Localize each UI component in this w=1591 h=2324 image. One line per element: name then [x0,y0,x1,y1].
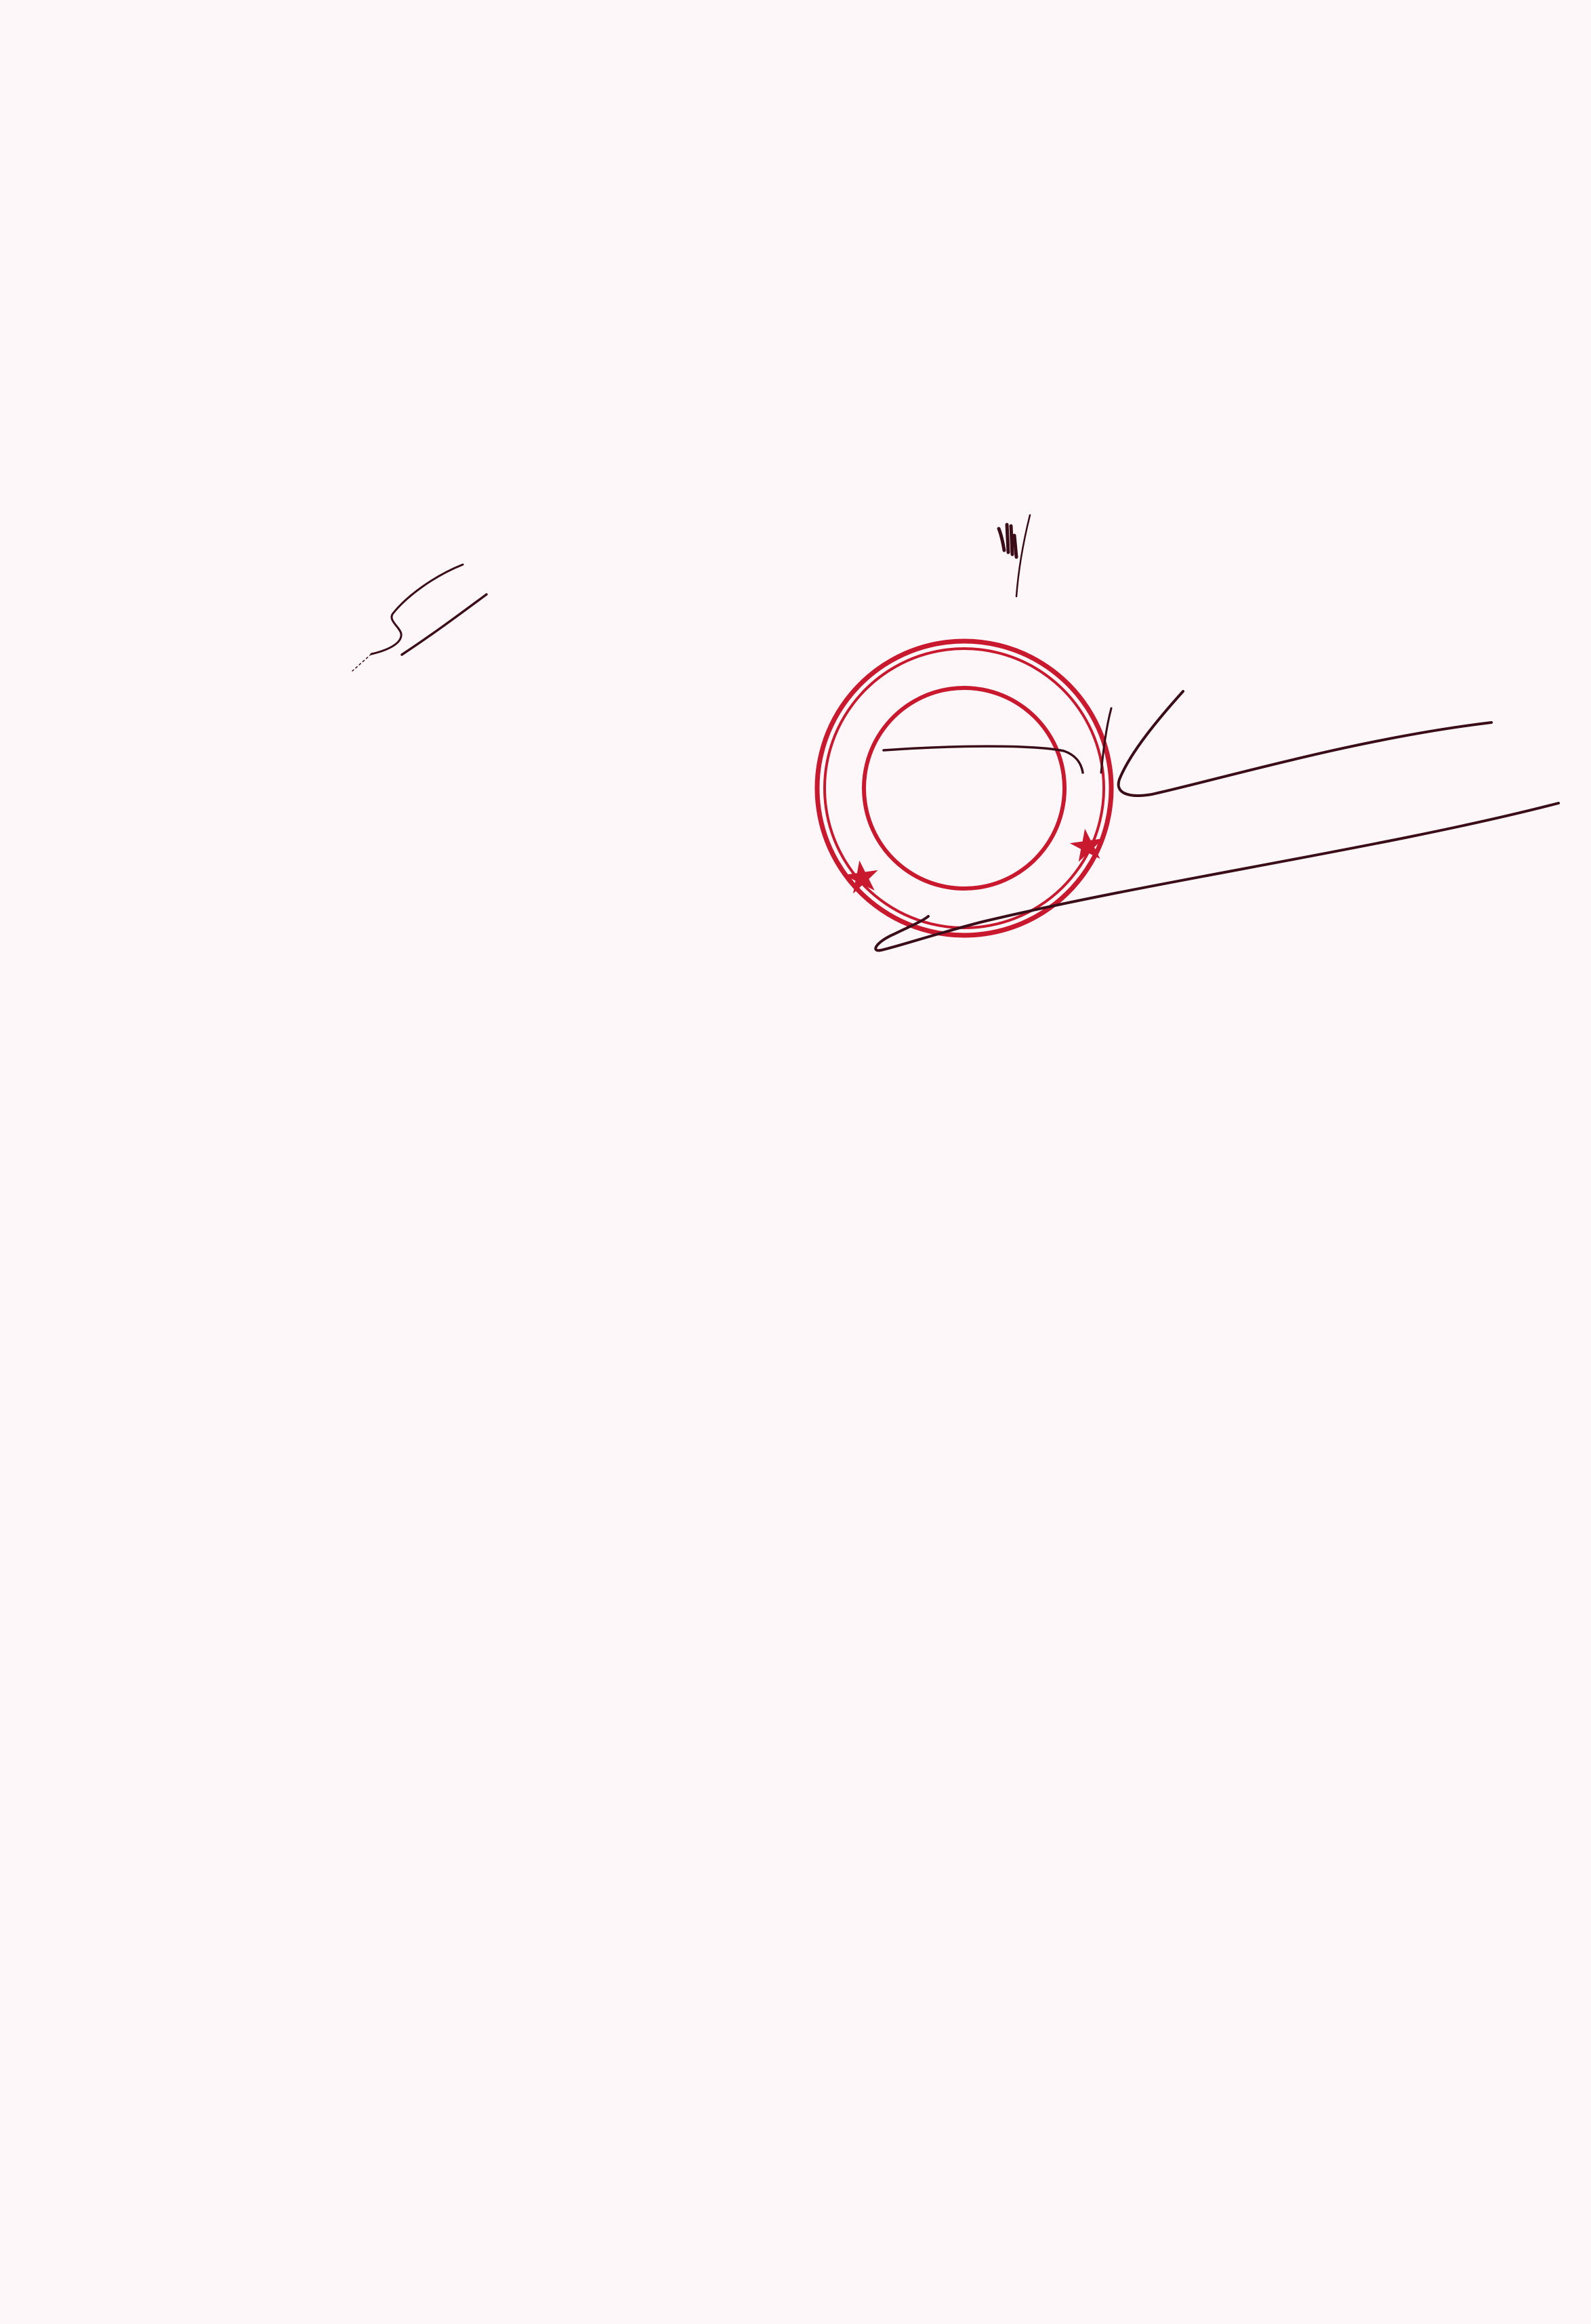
star-icon [1068,826,1106,863]
handwritten-signature [0,0,1591,2324]
official-seal [0,0,1591,2324]
star-icon [843,858,881,895]
